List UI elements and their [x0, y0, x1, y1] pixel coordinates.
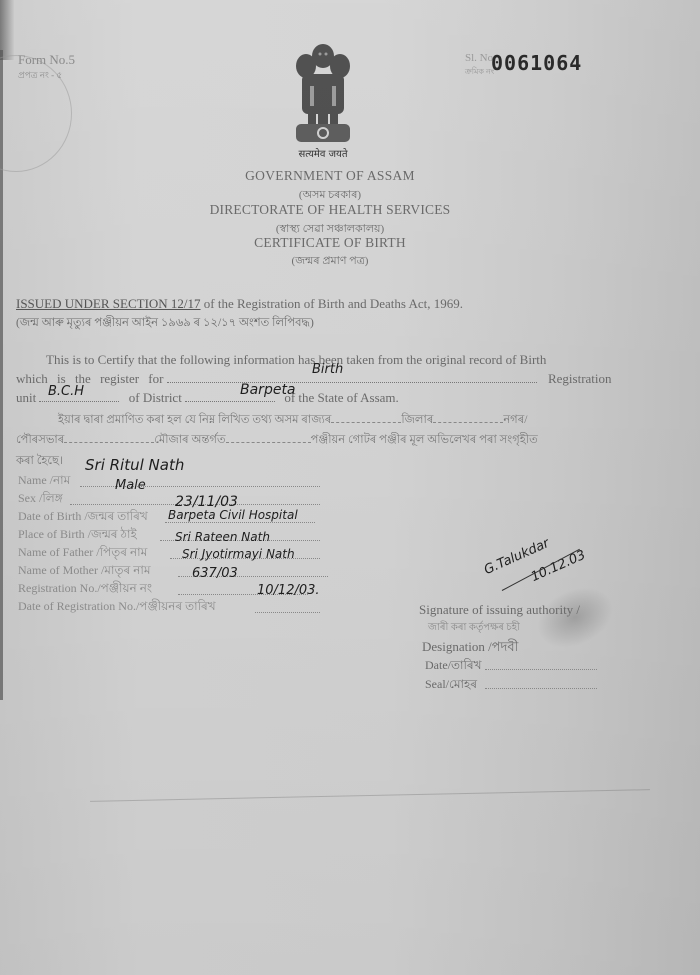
government-title: GOVERNMENT OF ASSAM: [0, 168, 660, 184]
certify-bn-line-3: কৰা হৈছে।: [16, 452, 63, 471]
certificate-title: CERTIFICATE OF BIRTH: [0, 235, 660, 251]
field-label: Registration No./পঞ্জীয়ন নং: [18, 580, 152, 600]
certify-bn-text-2b: মৌজাৰ অন্তৰ্গত: [154, 434, 225, 446]
field-value: 637/03: [192, 566, 238, 581]
signature-label-bn: জাৰী কৰা কৰ্তৃপক্ষৰ চহী: [428, 620, 520, 637]
certify-bn-text-2c: পঞ্জীয়ন গোটৰ পঞ্জীৰ মূল অভিলেখৰ পৰা সংগ…: [311, 434, 538, 446]
certify-bn-text-1b: জিলাৰ: [401, 414, 433, 426]
unit-value: B.C.H: [48, 384, 84, 399]
issued-section: ISSUED UNDER SECTION 12/17: [16, 296, 201, 311]
field-value: Sri Jyotirmayi Nath: [182, 547, 295, 561]
field-label: Name of Father /পিতৃৰ নাম: [18, 544, 147, 564]
designation-label: Designation /পদবী: [422, 638, 518, 659]
certify-bn-text-1: ইয়াৰ দ্বাৰা প্ৰমাণিত কৰা হল যে নিম্ন লি…: [58, 414, 331, 426]
field-label: Name of Mother /মাতৃৰ নাম: [18, 562, 151, 582]
issued-under-line: ISSUED UNDER SECTION 12/17 of the Regist…: [16, 296, 463, 312]
certify-district-label: of District: [129, 390, 182, 405]
certificate-title-bn: (জন্মৰ প্ৰমাণ পত্ৰ): [0, 252, 660, 271]
signature-label: Signature of issuing authority /: [419, 602, 580, 618]
certify-bn-text-2a: পৌৰসভাৰ: [16, 434, 64, 446]
bn-dash-3: [64, 434, 154, 443]
register-for-line: [167, 370, 537, 383]
serial-number: 0061064: [491, 51, 582, 75]
field-value: 10/12/03.: [257, 583, 320, 598]
certify-bn-text-1c: নগৰ/: [503, 414, 527, 426]
date-label: Date/তাৰিখ: [425, 657, 482, 677]
field-label: Sex /লিঙ্গ: [18, 490, 63, 510]
field-value: Sri Rateen Nath: [175, 530, 270, 544]
field-label: Date of Birth /জন্মৰ তাৰিখ: [18, 508, 148, 528]
certify-unit-label: unit: [16, 390, 36, 405]
form-number-bn: প্ৰপত্ৰ নং - ৫: [18, 68, 62, 83]
bn-dash-1: [331, 414, 401, 423]
state-emblem-icon: सत्यमेव जयते: [286, 38, 360, 162]
bn-dash-2: [433, 414, 503, 423]
field-value: Barpeta Civil Hospital: [168, 508, 298, 522]
serial-label-bn: ক্ৰমিক নং: [465, 66, 494, 79]
issued-under-line-bn: (জন্ম আৰু মৃত্যুৰ পঞ্জীয়ন আইন ১৯৬৯ ৰ ১২…: [16, 314, 314, 333]
bn-dash-4: [226, 434, 311, 443]
certify-registration-label: Registration: [548, 371, 612, 386]
field-line: [255, 611, 320, 613]
field-value: Sri Ritul Nath: [85, 456, 184, 474]
directorate-title: DIRECTORATE OF HEALTH SERVICES: [0, 202, 660, 218]
register-for-value: Birth: [312, 362, 343, 377]
seal-line: [485, 687, 597, 689]
certify-bn-line-1: ইয়াৰ দ্বাৰা প্ৰমাণিত কৰা হল যে নিম্ন লি…: [58, 411, 527, 430]
field-label: Name /নাম: [18, 472, 70, 492]
serial-label: Sl. No: [465, 52, 493, 64]
field-label: Place of Birth /জন্মৰ ঠাই: [18, 526, 137, 546]
form-number: Form No.5: [18, 52, 75, 68]
field-label: Date of Registration No./পঞ্জীয়নৰ তাৰিখ: [18, 598, 216, 618]
seal-label: Seal/মোহৰ: [425, 676, 477, 696]
certify-bn-line-2: পৌৰসভাৰমৌজাৰ অন্তৰ্গতপঞ্জীয়ন গোটৰ পঞ্জী…: [16, 431, 538, 450]
certify-register-label: which is the register for: [16, 371, 163, 386]
field-value: Male: [115, 478, 146, 493]
district-value: Barpeta: [240, 382, 296, 398]
date-line: [485, 668, 597, 670]
paper-fold-line: [90, 789, 650, 802]
issued-act: of the Registration of Birth and Deaths …: [201, 296, 463, 311]
certify-line-1: This is to Certify that the following in…: [46, 352, 546, 368]
certify-state-label: of the State of Assam.: [284, 390, 398, 405]
emblem-motto: सत्यमेव जयते: [286, 146, 360, 160]
